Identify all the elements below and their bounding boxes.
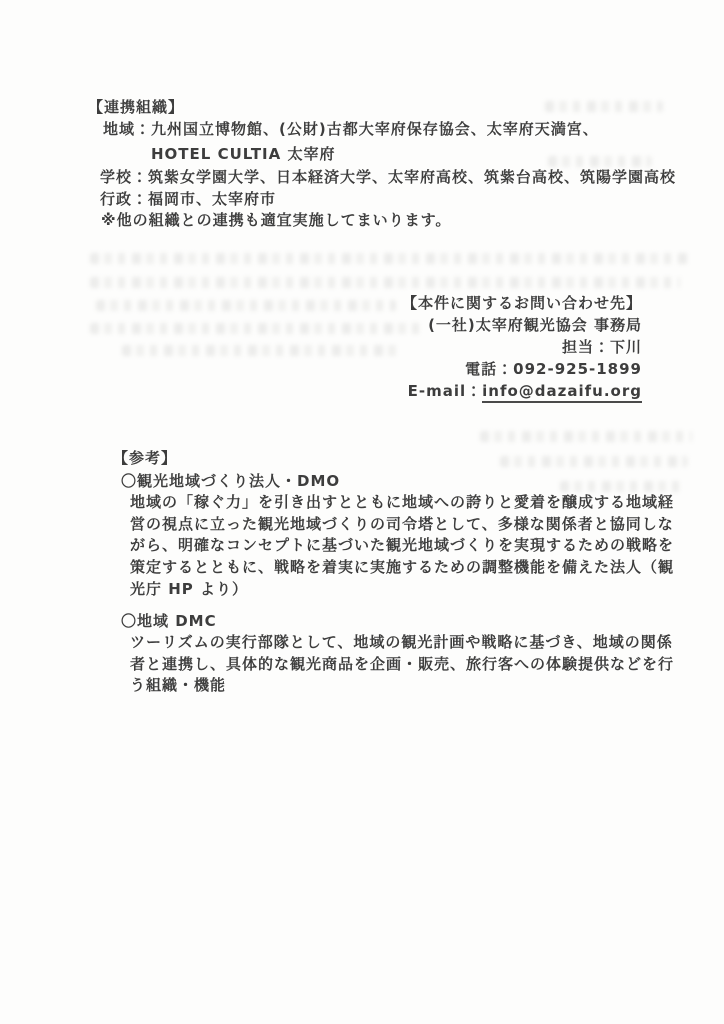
dmo-description-line: 策定するとともに、戦略を着実に実施するための調整機能を備えた法人（観	[130, 557, 674, 579]
contact-phone: 電話：092-925-1899	[402, 358, 642, 380]
dmo-description-line: 営の視点に立った観光地域づくりの司令塔として、多様な関係者と協同しな	[130, 514, 674, 536]
bleedthrough-artifact	[122, 345, 402, 356]
dmo-description-line: 光庁 HP より）	[130, 579, 674, 601]
dmc-description-line: う組織・機能	[130, 675, 674, 697]
dmo-description: 地域の「稼ぐ力」を引き出すとともに地域への誇りと愛着を醸成する地域経 営の視点に…	[130, 492, 674, 601]
email-label: E-mail：	[408, 382, 483, 400]
partners-school-line: 学校：筑紫女学園大学、日本経済大学、太宰府高校、筑紫台高校、筑陽学園高校	[100, 166, 676, 187]
bleedthrough-artifact	[90, 323, 420, 334]
email-link[interactable]: info@dazaifu.org	[482, 382, 642, 403]
contact-block: 【本件に関するお問い合わせ先】 (一社)太宰府観光協会 事務局 担当：下川 電話…	[402, 292, 642, 402]
dmc-description-line: 者と連携し、具体的な観光商品を企画・販売、旅行客への体験提供などを行	[130, 654, 674, 676]
dmc-description-line: ツーリズムの実行部隊として、地域の観光計画や戦略に基づき、地域の関係	[130, 632, 674, 654]
bleedthrough-artifact	[545, 101, 663, 112]
partners-region-line2: HOTEL CULTIA 太宰府	[151, 143, 335, 164]
bleedthrough-artifact	[500, 456, 688, 467]
partners-note-line: ※他の組織との連携も適宜実施してまいります。	[101, 209, 451, 230]
scanned-page: 【連携組織】 地域：九州国立博物館、(公財)古都大宰府保存協会、太宰府天満宮、 …	[0, 0, 724, 1024]
partners-region-line: 地域：九州国立博物館、(公財)古都大宰府保存協会、太宰府天満宮、	[103, 118, 599, 139]
bleedthrough-artifact	[560, 481, 686, 492]
contact-heading: 【本件に関するお問い合わせ先】	[402, 292, 642, 314]
dmo-description-line: がら、明確なコンセプトに基づいた観光地域づくりを実現するための戦略を	[130, 535, 674, 557]
partners-government-line: 行政：福岡市、太宰府市	[100, 188, 276, 209]
contact-person: 担当：下川	[402, 336, 642, 358]
bleedthrough-artifact	[90, 253, 688, 264]
dmo-description-line: 地域の「稼ぐ力」を引き出すとともに地域への誇りと愛着を醸成する地域経	[130, 492, 674, 514]
dmc-title: 〇地域 DMC	[121, 610, 217, 631]
bleedthrough-artifact	[90, 277, 680, 288]
dmc-description: ツーリズムの実行部隊として、地域の観光計画や戦略に基づき、地域の関係 者と連携し…	[130, 632, 674, 697]
partners-heading: 【連携組織】	[88, 96, 184, 117]
bleedthrough-artifact	[480, 431, 692, 442]
bleedthrough-artifact	[96, 300, 396, 311]
reference-heading: 【参考】	[113, 447, 177, 468]
dmo-title: 〇観光地域づくり法人・DMO	[121, 470, 340, 491]
contact-email-line: E-mail：info@dazaifu.org	[402, 380, 642, 402]
contact-organization: (一社)太宰府観光協会 事務局	[402, 314, 642, 336]
